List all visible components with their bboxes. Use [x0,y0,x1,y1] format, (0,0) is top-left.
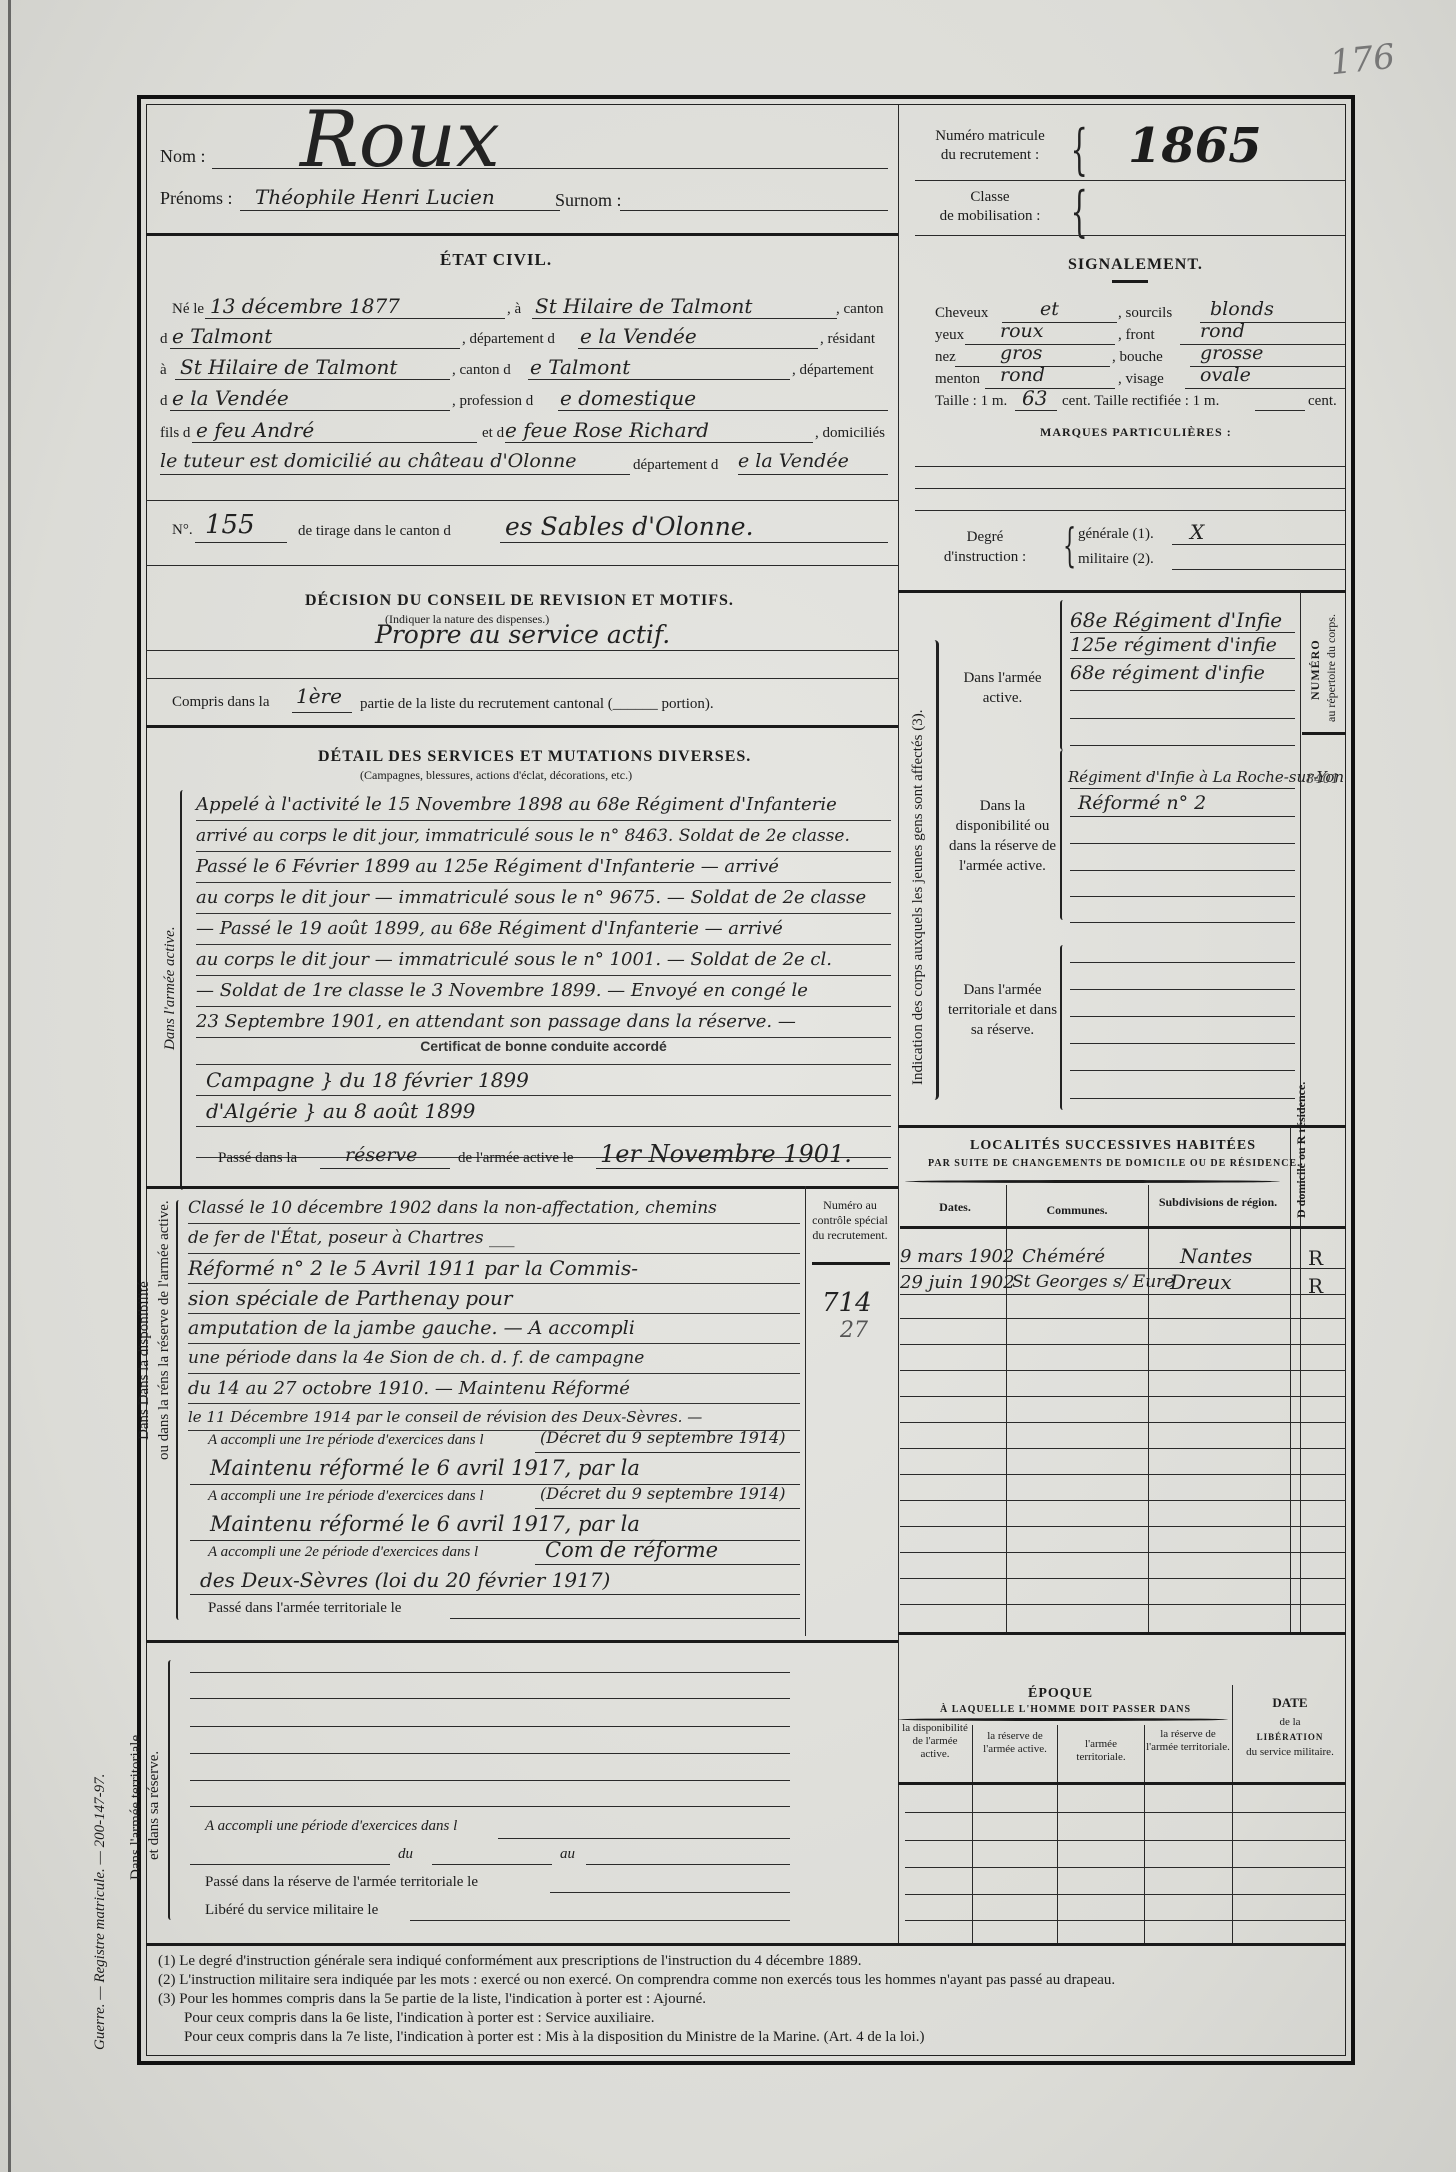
service-line: 23 Septembre 1901, en attendant son pass… [196,1007,891,1038]
departement3-value: e la Vendée [738,450,849,472]
reserve-label: Dans la disponibilité ou dans la réserve… [945,796,1060,876]
title-brace [898,1718,1228,1721]
visage-value: ovale [1200,364,1251,386]
line [586,1864,790,1865]
line [900,1474,1346,1475]
col-divider [1144,1725,1145,1943]
line [900,1526,1346,1527]
numero-label-2: au répertoire du corps. [1324,614,1339,722]
footnote: Pour ceux compris dans la 7e liste, l'in… [158,2028,1115,2047]
generale-value: X [1190,520,1204,544]
reserve-corps: Réformé n° 2 [1078,792,1206,814]
line [738,474,888,475]
service-line: au corps le dit jour — immatriculé sous … [196,945,891,976]
service-line: — Passé le 19 août 1899, au 68e Régiment… [196,914,891,945]
territoriale-side-label-1: Dans l'armée territoriale [128,1735,145,1880]
departement2-prefix: d [160,393,168,410]
visage-label: , visage [1118,371,1164,388]
tirage-value: 155 [205,510,255,540]
prenoms-value: Théophile Henri Lucien [255,185,495,209]
active-corps: 125e régiment d'infie [1070,634,1277,656]
classe-rule [915,235,1345,236]
side-print: Guerre. — Registre matricule. — 200-147-… [92,1774,109,2050]
line [1255,410,1305,411]
profession-label: , profession d [452,393,533,410]
line [1070,1070,1295,1071]
active-label: Dans l'armée active. [945,668,1060,708]
line [900,1448,1346,1449]
tirage-canton-value: es Sables d'Olonne. [505,512,754,541]
ne-le-label: Né le [172,301,204,318]
line [1070,989,1295,990]
localites-subtitle: PAR SUITE DE CHANGEMENTS DE DOMICILE OU … [928,1158,1301,1169]
line [505,442,813,443]
yeux-value: roux [1000,320,1043,342]
line [1070,718,1295,719]
epoque-col-header: la réserve de l'armée territoriale. [1146,1728,1230,1754]
matricule-value: 1865 [1128,118,1262,174]
line [1172,569,1345,570]
brace [176,1200,182,1620]
numero-value: 27 [840,1318,868,1343]
line [550,1892,790,1893]
localite-type: R [1308,1246,1323,1270]
disponibilite-line: amputation de la jambe gauche. — A accom… [188,1314,800,1344]
decision-line [146,650,898,651]
canton-value: e Talmont [172,324,272,348]
footnote-rule [146,1943,1346,1946]
line [1185,388,1345,389]
binding-edge [8,0,11,2172]
line [1070,658,1295,659]
register-page: 176 Guerre. — Registre matricule. — 200-… [0,0,1456,2172]
line [1172,544,1345,545]
brace: { [1071,180,1088,243]
localite-date: 9 mars 1902 [900,1246,1014,1267]
canton-prefix: d [160,331,168,348]
stamp-row: Certificat de bonne conduite accordé [196,1038,891,1065]
numero-label-1: NUMÉRO [1308,639,1323,700]
line [170,410,450,411]
front-label: , front [1118,327,1155,344]
bouche-label: , bouche [1112,349,1163,366]
date-liberation-sub: LIBÉRATION [1234,1732,1346,1742]
brace [1060,750,1066,920]
localite-commune: Chéméré [1022,1246,1105,1267]
generale-label: générale (1). [1078,526,1154,543]
tirage-label: de tirage dans le canton d [298,523,451,540]
blank-line [190,1806,790,1807]
taille-cent2-label: cent. [1308,393,1337,410]
line [500,542,888,543]
line [915,510,1345,511]
reserve-number: 8401 [1306,772,1339,787]
line [905,1867,1345,1868]
disponibilite-line: le 11 Décembre 1914 par le conseil de ré… [188,1404,800,1431]
decision-value: Propre au service actif. [375,620,670,649]
terr-periode-label: A accompli une période d'exercices dans … [205,1818,457,1835]
domicilies-label: , domiciliés [815,425,885,442]
conduct-certificate-stamp: Certificat de bonne conduite accordé [420,1038,667,1054]
disponibilite-line: sion spéciale de Parthenay pour [188,1284,800,1314]
section-rule [146,1640,898,1643]
mere-value: e feue Rose Richard [505,418,709,442]
line [195,542,287,543]
localites-title: LOCALITÉS SUCCESSIVES HABITÉES [970,1138,1256,1154]
line [432,1864,552,1865]
line [900,1552,1346,1553]
passe-value: réserve [345,1144,417,1166]
line [160,474,630,475]
residant-label: , résidant [820,331,875,348]
line [900,1604,1346,1605]
disponibilite-line: de fer de l'État, poseur à Chartres ___ [188,1224,800,1254]
affectation-side-label: Indication des corps auxquels les jeunes… [910,710,927,1085]
localite-commune: St Georges s/ Eure [1012,1272,1174,1292]
disponibilite-line: une période dans la 4e Sion de ch. d. f.… [188,1344,800,1374]
section-rule [146,1186,898,1189]
epoque-col-header: la réserve de l'armée active. [974,1730,1056,1756]
sourcils-label: , sourcils [1118,305,1172,322]
localite-date: 29 juin 1902 [900,1272,1015,1293]
dr-header: D domicile ou R résidence. [1294,1082,1309,1218]
taille-label: Taille : 1 m. [935,393,1007,410]
brace [930,640,939,1100]
header-rule [146,233,898,236]
line [1070,788,1295,789]
services-lines: Appelé à l'activité le 15 Novembre 1898 … [196,790,891,1189]
line [1070,896,1295,897]
epoque-title: ÉPOQUE [1028,1686,1093,1702]
line [1070,922,1295,923]
services-subtitle: (Campagnes, blessures, actions d'éclat, … [360,768,632,783]
brace [168,1660,174,1920]
line [1070,816,1295,817]
campagne-line: d'Algérie } au 8 août 1899 [196,1096,891,1127]
numero-divider [805,1186,806,1636]
numero-value: 714 [822,1288,872,1318]
cheveux-value: et [1040,298,1059,320]
line [190,1864,390,1865]
matricule-label: Numéro matriculedu recrutement : [915,127,1065,165]
section-rule [898,1632,1346,1635]
line [205,318,505,319]
domicile-value: le tuteur est domicilié au château d'Olo… [160,450,576,472]
service-line: au corps le dit jour — immatriculé sous … [196,883,891,914]
header-rule [898,1782,1346,1785]
a-label: , à [507,301,521,318]
line [900,1578,1346,1579]
territoriale-side-label-2: et dans sa réserve. [146,1751,163,1860]
etat-civil-title: ÉTAT CIVIL. [440,250,552,270]
decision-line [146,678,898,679]
periode2-value: Com de réforme [545,1538,718,1562]
active-corps: 68e Régiment d'Infie [1070,608,1282,632]
col-divider [1148,1185,1149,1632]
column-divider [898,105,899,1943]
brace [180,790,186,1190]
decision-title: DÉCISION DU CONSEIL DE REVISION ET MOTIF… [305,592,734,610]
line [915,488,1345,489]
line [900,1396,1346,1397]
passe-label: Passé dans la [218,1150,297,1167]
passe-mid: de l'armée active le [458,1150,574,1167]
menton-label: menton [935,371,980,388]
blank-line [190,1780,790,1781]
line [1070,870,1295,871]
section-rule [146,725,898,728]
blank-line [190,1753,790,1754]
surnom-line [620,210,888,211]
taille-value: 63 [1022,386,1047,410]
prenoms-label: Prénoms : [160,188,233,209]
signalement-title: SIGNALEMENT. [1068,256,1203,274]
libere-label: Libéré du service militaire le [205,1902,378,1919]
line [900,1500,1346,1501]
profession-value: e domestique [560,386,696,410]
localite-subdivision: Dreux [1170,1270,1232,1294]
line [900,1268,1346,1269]
line [450,1618,800,1619]
date-liberation-title: DATE [1234,1695,1346,1711]
line [905,1840,1345,1841]
au-label: au [560,1846,575,1863]
footnote: (3) Pour les hommes compris dans la 5e p… [158,1990,1115,2009]
line [190,1594,800,1595]
menton-value: rond [1000,364,1045,386]
canton2-value: e Talmont [530,355,630,379]
line [1070,690,1295,691]
militaire-label: militaire (2). [1078,551,1154,568]
line [900,1422,1346,1423]
yeux-label: yeux [935,327,964,344]
col-divider [1232,1685,1233,1943]
line [558,410,888,411]
compris-value: 1ère [296,684,342,708]
ne-le-value: 13 décembre 1877 [210,294,400,318]
departement2-value: e la Vendée [172,386,289,410]
dates-header: Dates. [905,1200,1005,1215]
numero-header: Numéro au contrôle spécial du recrutemen… [810,1198,890,1243]
nez-value: gros [1000,342,1042,364]
prenoms-line [240,210,560,211]
localite-subdivision: Nantes [1180,1244,1252,1268]
front-value: rond [1200,320,1245,342]
line [985,388,1115,389]
line [192,442,477,443]
line [292,712,352,713]
page-number: 176 [1328,37,1397,84]
line [1070,843,1295,844]
canton-label: , canton [836,301,883,318]
line [320,1168,450,1169]
line [535,1564,800,1565]
periode1-line2: Maintenu réformé le 6 avril 1917, par la [210,1456,640,1480]
date-liberation-sub: de la [1234,1716,1346,1728]
epoque-col-header: la disponibilité de l'armée active. [898,1722,972,1761]
footnotes: (1) Le degré d'instruction générale sera… [158,1952,1115,2047]
periode2-line2: des Deux-Sèvres (loi du 20 février 1917) [200,1568,610,1592]
departement-value: e la Vendée [580,324,697,348]
line [905,1894,1345,1895]
disponibilite-line: du 14 au 27 octobre 1910. — Maintenu Réf… [188,1374,800,1404]
active-corps: 68e régiment d'infie [1070,662,1265,684]
line [498,1838,790,1839]
blank-line [190,1672,790,1673]
periode1b-value: (Décret du 9 septembre 1914) [540,1484,785,1503]
departement2-label: , département [792,362,874,379]
line [528,379,790,380]
epoque-subtitle: À LAQUELLE L'HOMME DOIT PASSER DANS [940,1704,1191,1715]
passe-date: 1er Novembre 1901. [600,1140,852,1168]
header-rule [900,1226,1346,1229]
section-rule [898,1125,1346,1128]
canton2-label: , canton d [452,362,511,379]
line [1070,1016,1295,1017]
line [900,1344,1346,1345]
nom-label: Nom : [160,146,206,167]
departement-label: , département d [462,331,555,348]
services-title: DÉTAIL DES SERVICES ET MUTATIONS DIVERSE… [318,748,751,766]
degre-label: Degréd'instruction : [930,527,1040,567]
disponibilite-line: Réformé n° 2 le 5 Avril 1911 par la Comm… [188,1254,800,1284]
periode1-value: (Décret du 9 septembre 1914) [540,1428,785,1447]
blank-line [190,1726,790,1727]
section-rule [898,590,1346,593]
line [596,1168,888,1169]
compris-label: Compris dans la [172,694,270,711]
sourcils-value: blonds [1210,298,1274,320]
brace: { [1063,518,1076,572]
epoque-col-header: l'armée territoriale. [1060,1738,1142,1764]
territoriale-passe-label: Passé dans l'armée territoriale le [208,1600,401,1617]
pere-value: e feu André [196,418,314,442]
reserve-corps: Régiment d'Infie à La Roche-sur-Yon [1068,768,1344,786]
line [900,1370,1346,1371]
communes-header: Communes. [1006,1203,1148,1218]
numero-rule [812,1262,890,1265]
bouche-value: grosse [1200,342,1263,364]
line [1070,1098,1295,1099]
line [905,1920,1345,1921]
compris-suffix: partie de la liste du recrutement canton… [360,696,714,713]
service-line: — Soldat de 1re classe le 3 Novembre 189… [196,976,891,1007]
disponibilite-lines: Classé le 10 décembre 1902 dans la non-a… [188,1194,800,1431]
numero-rule [1302,732,1346,735]
service-line: arrivé au corps le dit jour, immatriculé… [196,821,891,852]
residant-prefix: à [160,362,167,379]
line [535,1452,800,1453]
col-divider [1057,1725,1058,1943]
disponibilite-side-label-1: Dans Dans la disponibilité [136,1281,153,1440]
territoriale-affect-label: Dans l'armée territoriale et dans sa rés… [945,980,1060,1040]
nez-label: nez [935,349,956,366]
col-divider [972,1725,973,1943]
departement3-label: département d [633,457,718,474]
brace [1060,600,1066,750]
services-side-label: Dans l'armée active. [162,926,179,1050]
service-line: Appelé à l'activité le 15 Novembre 1898 … [196,790,891,821]
title-brace [905,1180,1280,1183]
section-rule [146,565,898,566]
terr-reserve-label: Passé dans la réserve de l'armée territo… [205,1874,478,1891]
line [578,348,818,349]
disponibilite-side-label-2: ou dans la réns la réserve de l'armée ac… [156,1200,173,1460]
brace: { [1071,118,1088,181]
matricule-rule [915,180,1345,181]
line [900,1318,1346,1319]
marques-label: MARQUES PARTICULIÈRES : [1040,425,1232,440]
periode1b-line2: Maintenu réformé le 6 avril 1917, par la [210,1512,640,1536]
disponibilite-line: Classé le 10 décembre 1902 dans la non-a… [188,1194,800,1224]
surnom-label: Surnom : [555,190,622,211]
periode2-label: A accompli une 2e période d'exercices da… [208,1544,478,1561]
line [915,466,1345,467]
line [410,1920,790,1921]
date-liberation-sub: du service militaire. [1234,1746,1346,1758]
line [1070,632,1295,633]
footnote: (1) Le degré d'instruction générale sera… [158,1952,1115,1971]
footnote: Pour ceux compris dans la 6e liste, l'in… [158,2009,1115,2028]
footnote: (2) L'instruction militaire sera indiqué… [158,1971,1115,1990]
title-dash [1112,280,1148,283]
et-label: et d [482,425,504,442]
cheveux-label: Cheveux [935,305,988,322]
line [535,1508,800,1509]
classe-label: Classede mobilisation : [915,188,1065,226]
line [905,1812,1345,1813]
fils-label: fils d [160,425,190,442]
campagne-line: Campagne } du 18 février 1899 [196,1065,891,1096]
line [170,348,460,349]
tirage-no-label: N°. [172,522,193,539]
du-label: du [398,1846,413,1863]
line [900,1294,1346,1295]
line [175,379,450,380]
periode1b-label: A accompli une 1re période d'exercices d… [208,1488,484,1505]
section-rule [146,500,898,501]
periode1-label: A accompli une 1re période d'exercices d… [208,1432,484,1449]
residant-value: St Hilaire de Talmont [180,355,397,379]
line [1070,962,1295,963]
line [532,318,837,319]
a-value: St Hilaire de Talmont [535,294,752,318]
subdivisions-header: Subdivisions de région. [1148,1195,1288,1209]
line [1015,410,1057,411]
line [1070,1043,1295,1044]
taille-cent-label: cent. Taille rectifiée : 1 m. [1062,393,1219,410]
service-line: Passé le 6 Février 1899 au 125e Régiment… [196,852,891,883]
blank-line [190,1698,790,1699]
brace [1060,945,1066,1110]
nom-value: Roux [300,95,500,185]
dr-divider [1290,1127,1291,1632]
line [1070,745,1295,746]
